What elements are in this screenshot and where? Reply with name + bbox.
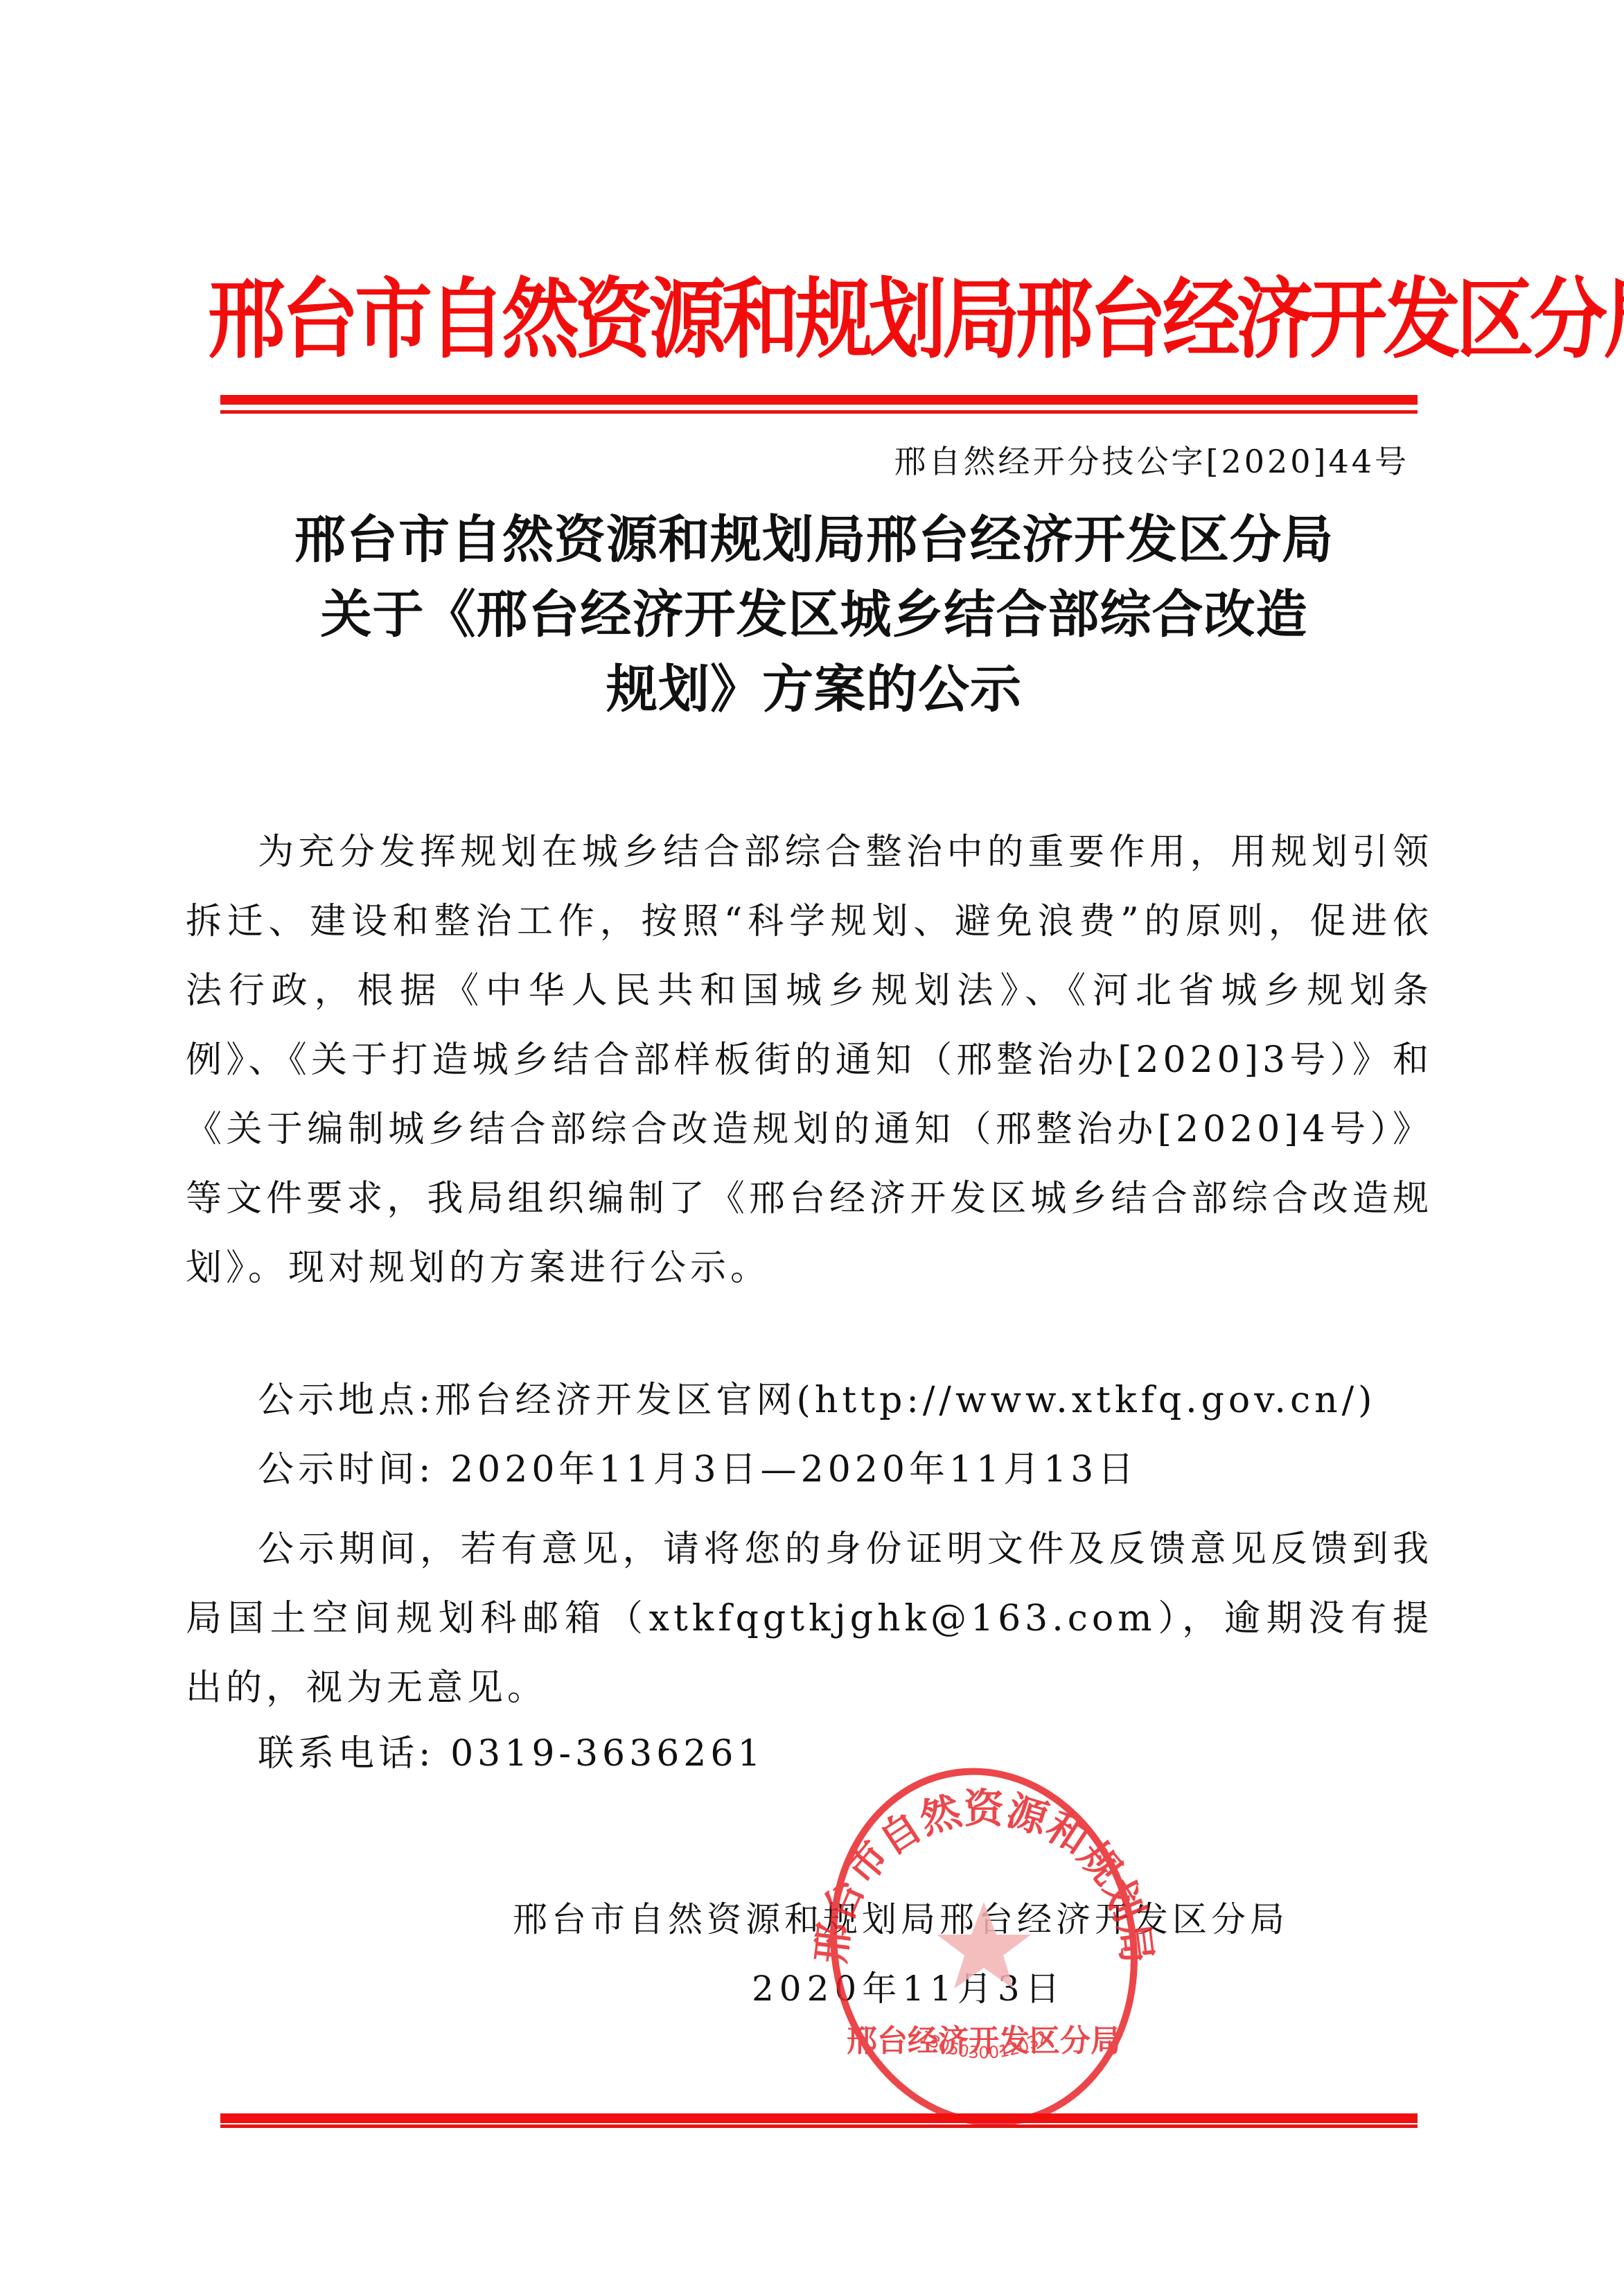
phone-value: 0319-3636261: [450, 1733, 765, 1775]
footer-rule-thick: [220, 2113, 1418, 2123]
svg-text:1305030012032: 1305030012032: [917, 2027, 1052, 2063]
feedback-section: 公示期间，若有意见，请将您的身份证明文件及反馈意见反馈到我局国土空间规划科邮箱（…: [186, 1515, 1433, 1723]
time-label: 公示时间:: [258, 1449, 435, 1490]
feedback-paragraph: 公示期间，若有意见，请将您的身份证明文件及反馈意见反馈到我局国土空间规划科邮箱（…: [186, 1515, 1433, 1723]
official-seal-icon: 邢台市自然资源和规划局 邢台经济开发区分局 1305030012032: [790, 1753, 1178, 2141]
title-line-2: 关于《邢台经济开发区城乡结合部综合改造: [180, 577, 1448, 652]
letterhead-rule-thick: [220, 395, 1418, 405]
letterhead-rule-thin: [220, 410, 1418, 414]
signature-org: 邢台市自然资源和规划局邢台经济开发区分局: [513, 1892, 1289, 1942]
letterhead-org-name: 邢台市自然资源和规划局邢台经济开发区分局: [208, 262, 1427, 378]
notice-time: 公示时间: 2020年11月3日—2020年11月13日: [258, 1440, 1138, 1492]
body-paragraph: 为充分发挥规划在城乡结合部综合整治中的重要作用，用规划引领拆迁、建设和整治工作，…: [186, 818, 1433, 1303]
document-number: 邢自然经开分技公字[2020]44号: [894, 437, 1410, 482]
time-value: 2020年11月3日—2020年11月13日: [450, 1449, 1138, 1490]
phone-label: 联系电话:: [258, 1733, 435, 1775]
seal-bottom-text: 邢台经济开发区分局: [847, 2023, 1121, 2059]
title-line-1: 邢台市自然资源和规划局邢台经济开发区分局: [180, 502, 1448, 577]
signature-date: 2020年11月3日: [752, 1961, 1066, 2011]
seal-code: 1305030012032: [917, 2027, 1052, 2063]
document-title: 邢台市自然资源和规划局邢台经济开发区分局 关于《邢台经济开发区城乡结合部综合改造…: [180, 502, 1448, 727]
contact-phone: 联系电话: 0319-3636261: [258, 1724, 765, 1776]
title-line-3: 规划》方案的公示: [180, 652, 1448, 727]
body-text: 为充分发挥规划在城乡结合部综合整治中的重要作用，用规划引领拆迁、建设和整治工作，…: [186, 818, 1433, 1303]
footer-rule-thin: [220, 2124, 1418, 2128]
location-label: 公示地点:: [258, 1380, 435, 1421]
notice-location: 公示地点:邢台经济开发区官网(http://www.xtkfq.gov.cn/): [258, 1371, 1376, 1423]
location-value: 邢台经济开发区官网(http://www.xtkfq.gov.cn/): [435, 1380, 1377, 1421]
